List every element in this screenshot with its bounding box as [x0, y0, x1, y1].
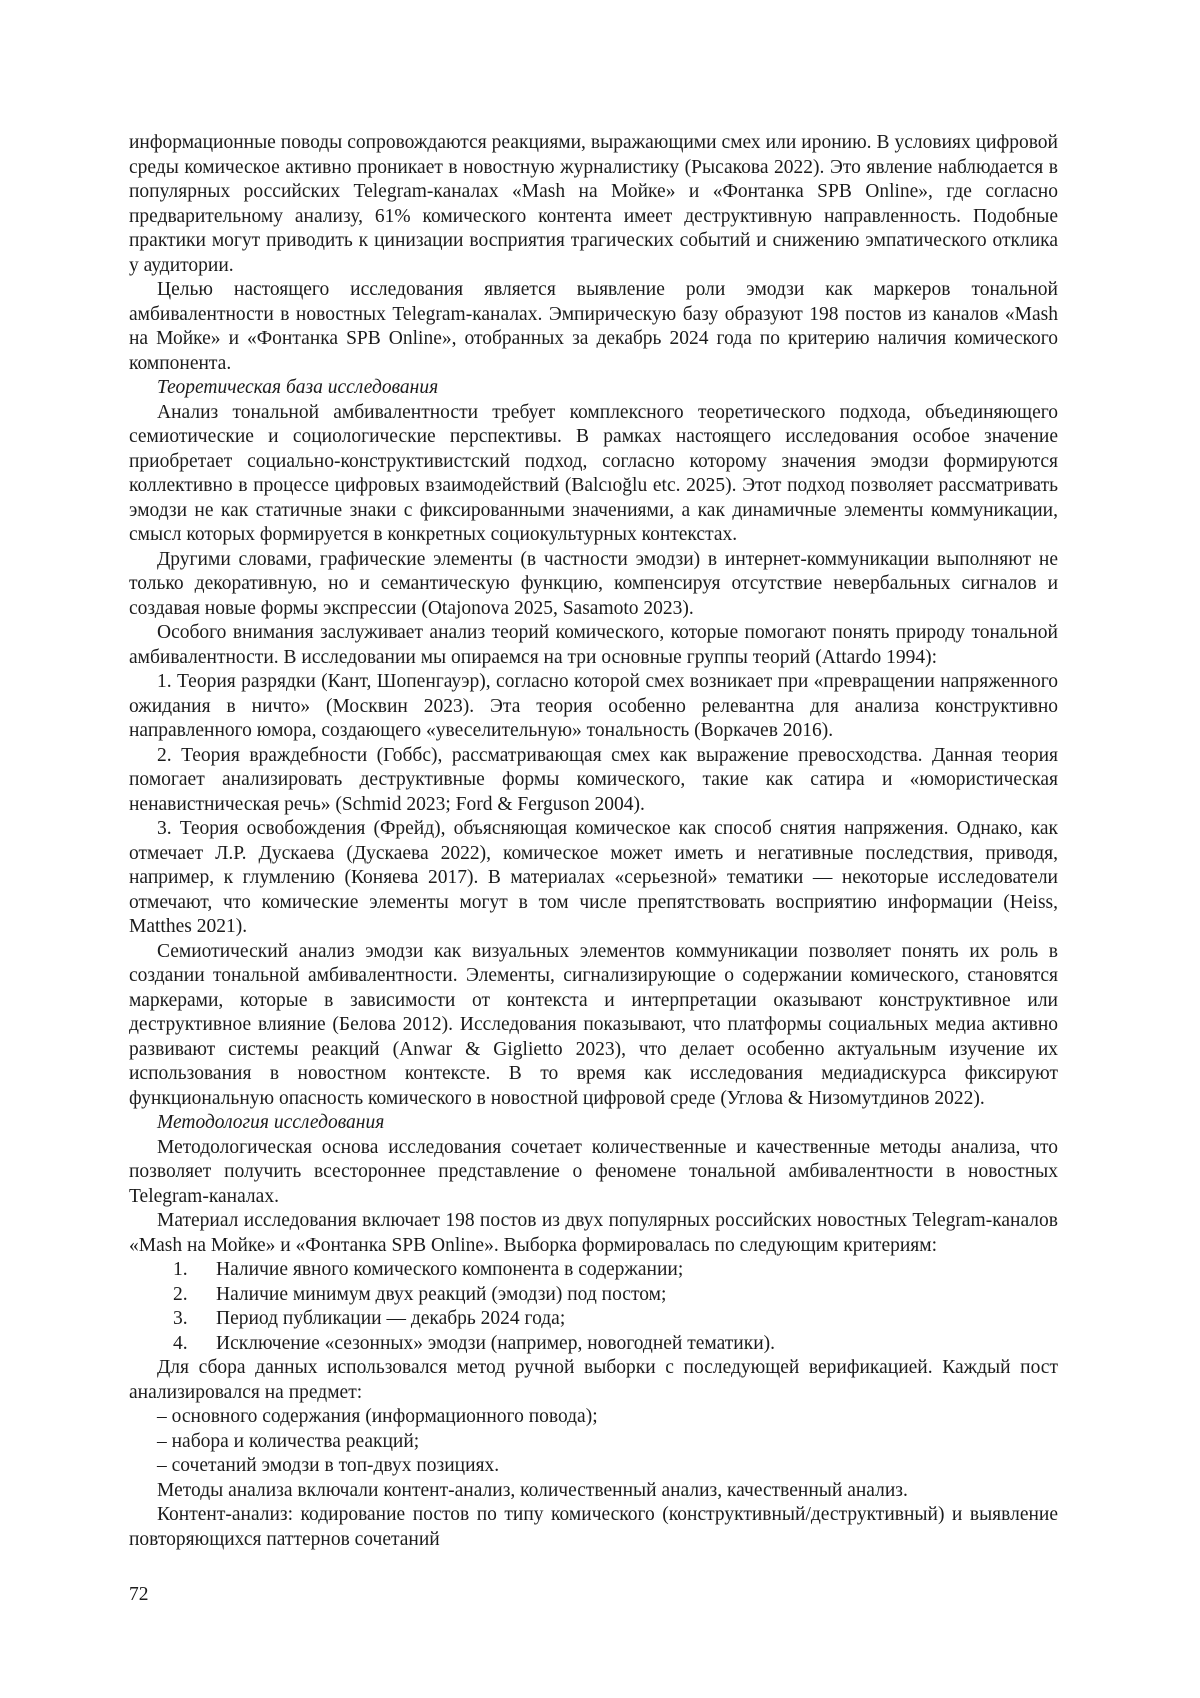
paragraph-content-analysis: Контент-анализ: кодирование постов по ти… — [129, 1503, 1058, 1552]
paragraph-theory-relief: 1. Теория разрядки (Кант, Шопенгауэр), с… — [129, 670, 1058, 744]
list-item: 4.Исключение «сезонных» эмодзи (например… — [129, 1332, 1058, 1357]
paragraph-semiotic-analysis: Семиотический анализ эмодзи как визуальн… — [129, 940, 1058, 1112]
list-item-text: Наличие минимум двух реакций (эмодзи) по… — [216, 1284, 666, 1305]
paragraph-theories-list-intro: Особого внимания заслуживает анализ теор… — [129, 621, 1058, 670]
paragraph-analysis-methods: Методы анализа включали контент-анализ, … — [129, 1479, 1058, 1504]
paragraph-semantics: Другими словами, графические элементы (в… — [129, 548, 1058, 622]
list-item-number: 2. — [173, 1283, 216, 1308]
list-item-number: 3. — [173, 1307, 216, 1332]
list-item-text: Исключение «сезонных» эмодзи (например, … — [216, 1333, 775, 1354]
aspects-list: – основного содержания (информационного … — [129, 1405, 1058, 1479]
list-item: 2.Наличие минимум двух реакций (эмодзи) … — [129, 1283, 1058, 1308]
page-number: 72 — [129, 1583, 149, 1608]
list-item: 1.Наличие явного комического компонента … — [129, 1258, 1058, 1283]
section-heading-theoretical-base: Теоретическая база исследования — [129, 376, 1058, 401]
paragraph-method-basis: Методологическая основа исследования соч… — [129, 1136, 1058, 1210]
article-body: информационные поводы сопровождаются реа… — [129, 131, 1058, 1552]
list-item-number: 4. — [173, 1332, 216, 1357]
list-item-number: 1. — [173, 1258, 216, 1283]
paragraph-intro-continuation: информационные поводы сопровождаются реа… — [129, 131, 1058, 278]
dash-list-item: – набора и количества реакций; — [129, 1430, 1058, 1455]
section-heading-methodology: Методология исследования — [129, 1111, 1058, 1136]
list-item-text: Период публикации — декабрь 2024 года; — [216, 1308, 565, 1329]
paragraph-theory-release: 3. Теория освобождения (Фрейд), объясняю… — [129, 817, 1058, 940]
paper-page: информационные поводы сопровождаются реа… — [0, 0, 1200, 1698]
paragraph-material: Материал исследования включает 198 посто… — [129, 1209, 1058, 1258]
paragraph-research-aim: Целью настоящего исследования является в… — [129, 278, 1058, 376]
list-item-text: Наличие явного комического компонента в … — [216, 1259, 683, 1280]
list-item: 3.Период публикации — декабрь 2024 года; — [129, 1307, 1058, 1332]
dash-list-item: – основного содержания (информационного … — [129, 1405, 1058, 1430]
dash-list-item: – сочетаний эмодзи в топ-двух позициях. — [129, 1454, 1058, 1479]
paragraph-data-collection: Для сбора данных использовался метод руч… — [129, 1356, 1058, 1405]
criteria-list: 1.Наличие явного комического компонента … — [129, 1258, 1058, 1356]
paragraph-theory-hostility: 2. Теория враждебности (Гоббс), рассматр… — [129, 744, 1058, 818]
paragraph-theory-intro: Анализ тональной амбивалентности требует… — [129, 401, 1058, 548]
